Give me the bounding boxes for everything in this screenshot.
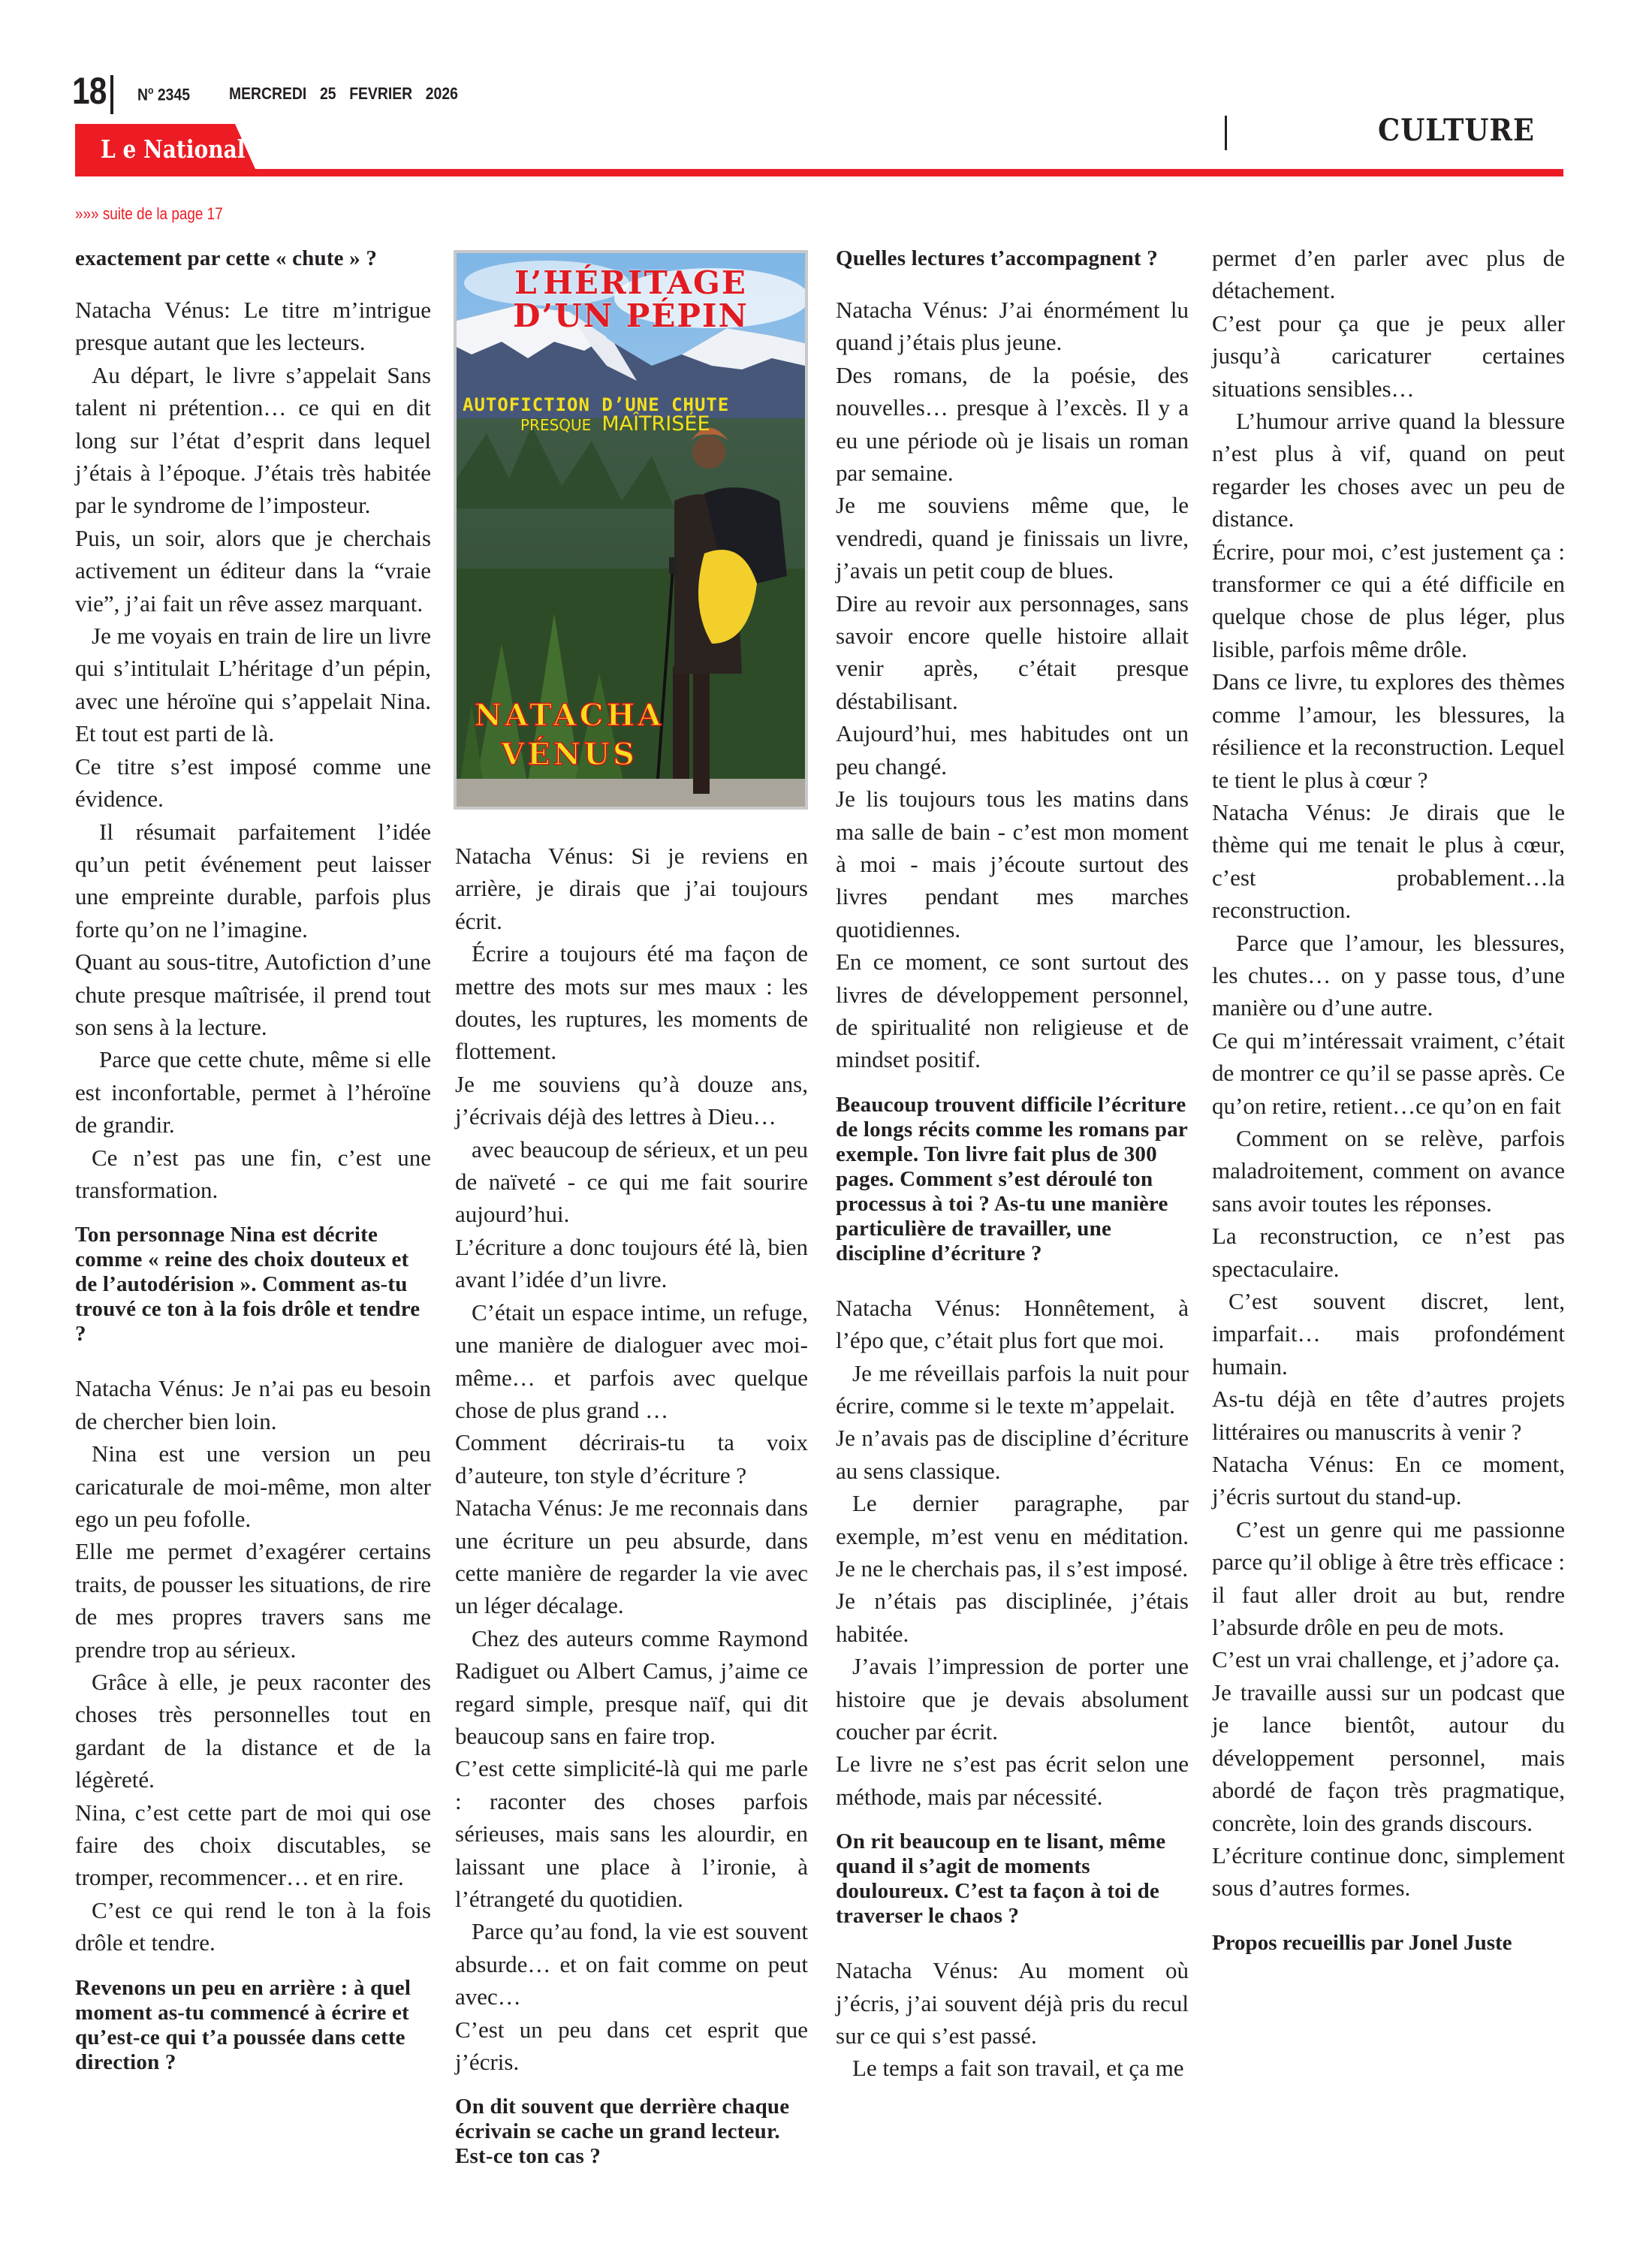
- answer-paragraph: Je n’avais pas de discipline d’écriture …: [836, 1422, 1189, 1487]
- author-signature: Propos recueillis par Jonel Juste: [1212, 1930, 1565, 1956]
- answer-paragraph: C’est souvent discret, lent, imparfait… …: [1212, 1285, 1565, 1383]
- answer-paragraph: Parce que cette chute, même si elle est …: [75, 1043, 431, 1141]
- article-column-2: Natacha Vénus: Si je reviens en arrière,…: [455, 840, 808, 2194]
- answer-paragraph: Comment on se relève, parfois maladroite…: [1212, 1122, 1565, 1220]
- answer-paragraph: Le dernier paragraphe, par exemple, m’es…: [836, 1487, 1189, 1585]
- answer-paragraph: Parce qu’au fond, la vie est souvent abs…: [455, 1915, 808, 2013]
- answer-paragraph: Puis, un soir, alors que je cherchais ac…: [75, 522, 431, 620]
- continued-from-link[interactable]: »»» suite de la page 17: [75, 204, 223, 224]
- answer-paragraph: Je travaille aussi sur un podcast que je…: [1212, 1676, 1565, 1839]
- answer-paragraph: Natacha Vénus: Si je reviens en arrière,…: [455, 840, 808, 937]
- answer-paragraph: Ce titre s’est imposé comme une évidence…: [75, 750, 431, 816]
- answer-paragraph: C’est cette simplicité-là qui me parle :…: [455, 1752, 808, 1915]
- answer-paragraph: Des romans, de la poésie, des nouvelles……: [836, 359, 1189, 490]
- interview-question-inline: Dans ce livre, tu explores des thèmes co…: [1212, 665, 1565, 796]
- answer-paragraph: C’est un genre qui me passionne parce qu…: [1212, 1513, 1565, 1644]
- answer-paragraph: Natacha Vénus: Au moment où j’écris, j’a…: [836, 1954, 1189, 2052]
- interview-question: On dit souvent que derrière chaque écriv…: [455, 2095, 808, 2169]
- answer-paragraph: Je me voyais en train de lire un livre q…: [75, 620, 431, 750]
- answer-paragraph: Le temps a fait son travail, et ça me: [836, 2052, 1189, 2084]
- answer-paragraph: Je me souviens qu’à douze ans, j’écrivai…: [455, 1068, 808, 1133]
- publication-name: L e National: [101, 134, 245, 164]
- answer-paragraph: Écrire, pour moi, c’est justement ça : t…: [1212, 535, 1565, 666]
- answer-paragraph: Il résumait parfaitement l’idée qu’un pe…: [75, 816, 431, 946]
- interview-question: exactement par cette « chute » ?: [75, 246, 431, 271]
- issue-number: No 2345: [137, 84, 190, 104]
- answer-paragraph: Natacha Vénus: Je n’ai pas eu besoin de …: [75, 1372, 431, 1437]
- answer-paragraph: Parce que l’amour, les blessures, les ch…: [1212, 927, 1565, 1024]
- answer-paragraph: En ce moment, ce sont surtout des livres…: [836, 946, 1189, 1076]
- answer-paragraph: avec beaucoup de sérieux, et un peu de n…: [455, 1133, 808, 1231]
- interview-question: Beaucoup trouvent difficile l’écriture d…: [836, 1093, 1189, 1266]
- newspaper-page: 18 No 2345 MERCREDI 25 FEVRIER 2026 L e …: [0, 0, 1652, 2253]
- article-column-1: exactement par cette « chute » ? Natacha…: [75, 246, 431, 2101]
- answer-paragraph: Chez des auteurs comme Raymond Radiguet …: [455, 1622, 808, 1753]
- answer-paragraph: C’est pour ça que je peux aller jusqu’à …: [1212, 307, 1565, 405]
- answer-paragraph: Ce qui m’intéressait vraiment, c’était d…: [1212, 1024, 1565, 1122]
- answer-paragraph: Dire au revoir aux personnages, sans sav…: [836, 587, 1189, 718]
- answer-paragraph: Nina est une version un peu caricaturale…: [75, 1437, 431, 1535]
- answer-paragraph: L’humour arrive quand la blessure n’est …: [1212, 405, 1565, 535]
- book-title: L’HÉRITAGE D’UN PÉPIN: [457, 267, 805, 333]
- answer-paragraph: Grâce à elle, je peux raconter des chose…: [75, 1666, 431, 1796]
- interview-question: On rit beaucoup en te lisant, même quand…: [836, 1829, 1189, 1929]
- interview-question-inline: As-tu déjà en tête d’autres projets litt…: [1212, 1383, 1565, 1448]
- issue-date: MERCREDI 25 FEVRIER 2026: [229, 84, 458, 104]
- answer-paragraph: Je me réveillais parfois la nuit pour éc…: [836, 1357, 1189, 1422]
- answer-paragraph: Natacha Vénus: Je me reconnais dans une …: [455, 1491, 808, 1622]
- answer-paragraph: permet d’en parler avec plus de détachem…: [1212, 242, 1565, 307]
- answer-paragraph: Natacha Vénus: Je dirais que le thème qu…: [1212, 796, 1565, 927]
- brand-rule: [75, 169, 1563, 176]
- answer-paragraph: Comment décrirais-tu ta voix d’auteure, …: [455, 1426, 808, 1491]
- answer-paragraph: Au départ, le livre s’appelait Sans tale…: [75, 359, 431, 522]
- answer-paragraph: Écrire a toujours été ma façon de mettre…: [455, 937, 808, 1068]
- answer-paragraph: Natacha Vénus: En ce moment, j’écris sur…: [1212, 1448, 1565, 1513]
- interview-question: Ton personnage Nina est décrite comme « …: [75, 1223, 431, 1347]
- answer-paragraph: C’est ce qui rend le ton à la fois drôle…: [75, 1894, 431, 1959]
- answer-paragraph: C’était un espace intime, un refuge, une…: [455, 1296, 808, 1427]
- answer-paragraph: Natacha Vénus: Honnêtement, à l’épo que,…: [836, 1292, 1189, 1357]
- page-number: 18: [72, 72, 107, 110]
- answer-paragraph: Je lis toujours tous les matins dans ma …: [836, 783, 1189, 946]
- answer-paragraph: Ce n’est pas une fin, c’est une transfor…: [75, 1142, 431, 1207]
- book-cover-image: L’HÉRITAGE D’UN PÉPIN AUTOFICTION D’UNE …: [454, 250, 808, 810]
- answer-paragraph: L’écriture continue donc, simplement sou…: [1212, 1839, 1565, 1905]
- article-column-3: Quelles lectures t’accompagnent ? Natach…: [836, 246, 1189, 2085]
- answer-paragraph: C’est un vrai challenge, et j’adore ça.: [1212, 1643, 1565, 1675]
- answer-paragraph: C’est un peu dans cet esprit que j’écris…: [455, 2013, 808, 2079]
- book-author: NATACHA VÉNUS: [457, 696, 682, 774]
- book-subtitle-line2: PRESQUEMAÎTRISÉE: [520, 412, 710, 436]
- answer-paragraph: Elle me permet d’exagérer certains trait…: [75, 1535, 431, 1666]
- interview-question: Quelles lectures t’accompagnent ?: [836, 246, 1189, 271]
- interview-question: Revenons un peu en arrière : à quel mome…: [75, 1976, 431, 2075]
- brand-bar: L e National: [75, 124, 1563, 176]
- answer-paragraph: Aujourd’hui, mes habitudes ont un peu ch…: [836, 717, 1189, 783]
- answer-paragraph: L’écriture a donc toujours été là, bien …: [455, 1231, 808, 1296]
- answer-paragraph: Je n’étais pas disciplinée, j’étais habi…: [836, 1585, 1189, 1650]
- answer-paragraph: Natacha Vénus: Le titre m’intrigue presq…: [75, 294, 431, 359]
- answer-paragraph: Je me souviens même que, le vendredi, qu…: [836, 489, 1189, 587]
- answer-paragraph: La reconstruction, ce n’est pas spectacu…: [1212, 1220, 1565, 1285]
- answer-paragraph: Nina, c’est cette part de moi qui ose fa…: [75, 1796, 431, 1894]
- section-divider: [1225, 116, 1227, 150]
- answer-paragraph: Le livre ne s’est pas écrit selon une mé…: [836, 1748, 1189, 1813]
- answer-paragraph: Natacha Vénus: J’ai énormément lu quand …: [836, 294, 1189, 359]
- answer-paragraph: Quant au sous-titre, Autofiction d’une c…: [75, 946, 431, 1043]
- page-number-divider: [110, 75, 113, 114]
- section-title: CULTURE: [1378, 113, 1535, 148]
- answer-paragraph: J’avais l’impression de porter une histo…: [836, 1650, 1189, 1748]
- article-column-4: permet d’en parler avec plus de détachem…: [1212, 242, 1565, 1956]
